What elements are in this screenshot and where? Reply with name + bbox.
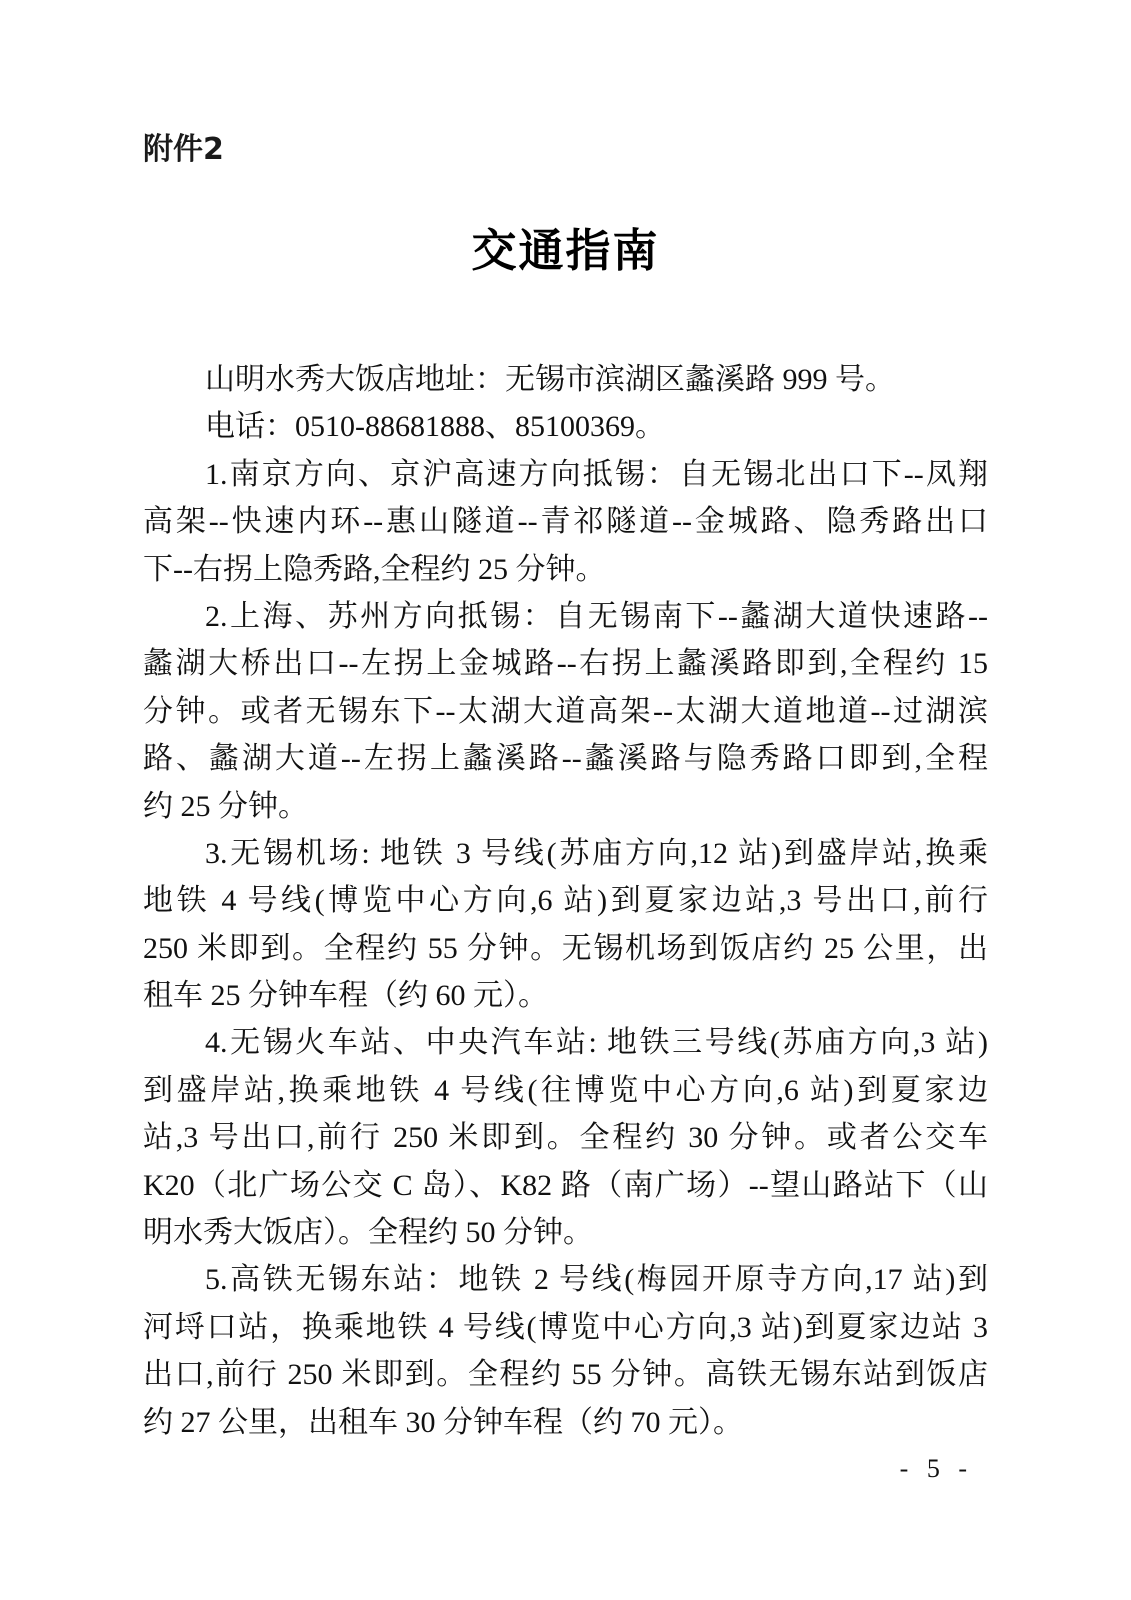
document-page: 附件2 交通指南 山明水秀大饭店地址：无锡市滨湖区蠡溪路 999 号。电话：05… [0, 0, 1131, 1600]
document-content: 附件2 交通指南 山明水秀大饭店地址：无锡市滨湖区蠡溪路 999 号。电话：05… [143, 0, 988, 1446]
page-number: - 5 - [900, 1452, 973, 1486]
text-line: 蠡湖大桥出口--左拐上金城路--右拐上蠡溪路即到,全程约 15 [143, 640, 988, 687]
text-line: K20（北广场公交 C 岛）、K82 路（南广场）--望山路站下（山 [143, 1162, 988, 1209]
text-line: 出口,前行 250 米即到。全程约 55 分钟。高铁无锡东站到饭店 [143, 1351, 988, 1398]
text-line: 明水秀大饭店）。全程约 50 分钟。 [143, 1209, 988, 1256]
text-line: 5.高铁无锡东站：地铁 2 号线(梅园开原寺方向,17 站)到 [143, 1256, 988, 1303]
text-line: 高架--快速内环--惠山隧道--青祁隧道--金城路、隐秀路出口 [143, 498, 988, 545]
text-line: 4.无锡火车站、中央汽车站: 地铁三号线(苏庙方向,3 站) [143, 1019, 988, 1066]
text-line: 约 27 公里，出租车 30 分钟车程（约 70 元）。 [143, 1399, 988, 1446]
body-lines: 山明水秀大饭店地址：无锡市滨湖区蠡溪路 999 号。电话：0510-886818… [143, 356, 988, 1446]
text-line: 站,3 号出口,前行 250 米即到。全程约 30 分钟。或者公交车 [143, 1114, 988, 1161]
text-line: 租车 25 分钟车程（约 60 元）。 [143, 972, 988, 1019]
attachment-label: 附件2 [143, 0, 988, 170]
text-line: 地铁 4 号线(博览中心方向,6 站)到夏家边站,3 号出口,前行 [143, 877, 988, 924]
text-line: 3.无锡机场: 地铁 3 号线(苏庙方向,12 站)到盛岸站,换乘 [143, 830, 988, 877]
text-line: 2.上海、苏州方向抵锡：自无锡南下--蠡湖大道快速路-- [143, 593, 988, 640]
text-line: 分钟。或者无锡东下--太湖大道高架--太湖大道地道--过湖滨 [143, 688, 988, 735]
text-line: 山明水秀大饭店地址：无锡市滨湖区蠡溪路 999 号。 [143, 356, 988, 403]
page-title: 交通指南 [143, 220, 988, 282]
text-line: 250 米即到。全程约 55 分钟。无锡机场到饭店约 25 公里，出 [143, 925, 988, 972]
text-line: 下--右拐上隐秀路,全程约 25 分钟。 [143, 546, 988, 593]
text-line: 河埒口站，换乘地铁 4 号线(博览中心方向,3 站)到夏家边站 3 [143, 1304, 988, 1351]
text-line: 电话：0510-88681888、85100369。 [143, 403, 988, 450]
text-line: 约 25 分钟。 [143, 783, 988, 830]
text-line: 路、蠡湖大道--左拐上蠡溪路--蠡溪路与隐秀路口即到,全程 [143, 735, 988, 782]
text-line: 1.南京方向、京沪高速方向抵锡：自无锡北出口下--凤翔 [143, 451, 988, 498]
text-line: 到盛岸站,换乘地铁 4 号线(往博览中心方向,6 站)到夏家边 [143, 1067, 988, 1114]
